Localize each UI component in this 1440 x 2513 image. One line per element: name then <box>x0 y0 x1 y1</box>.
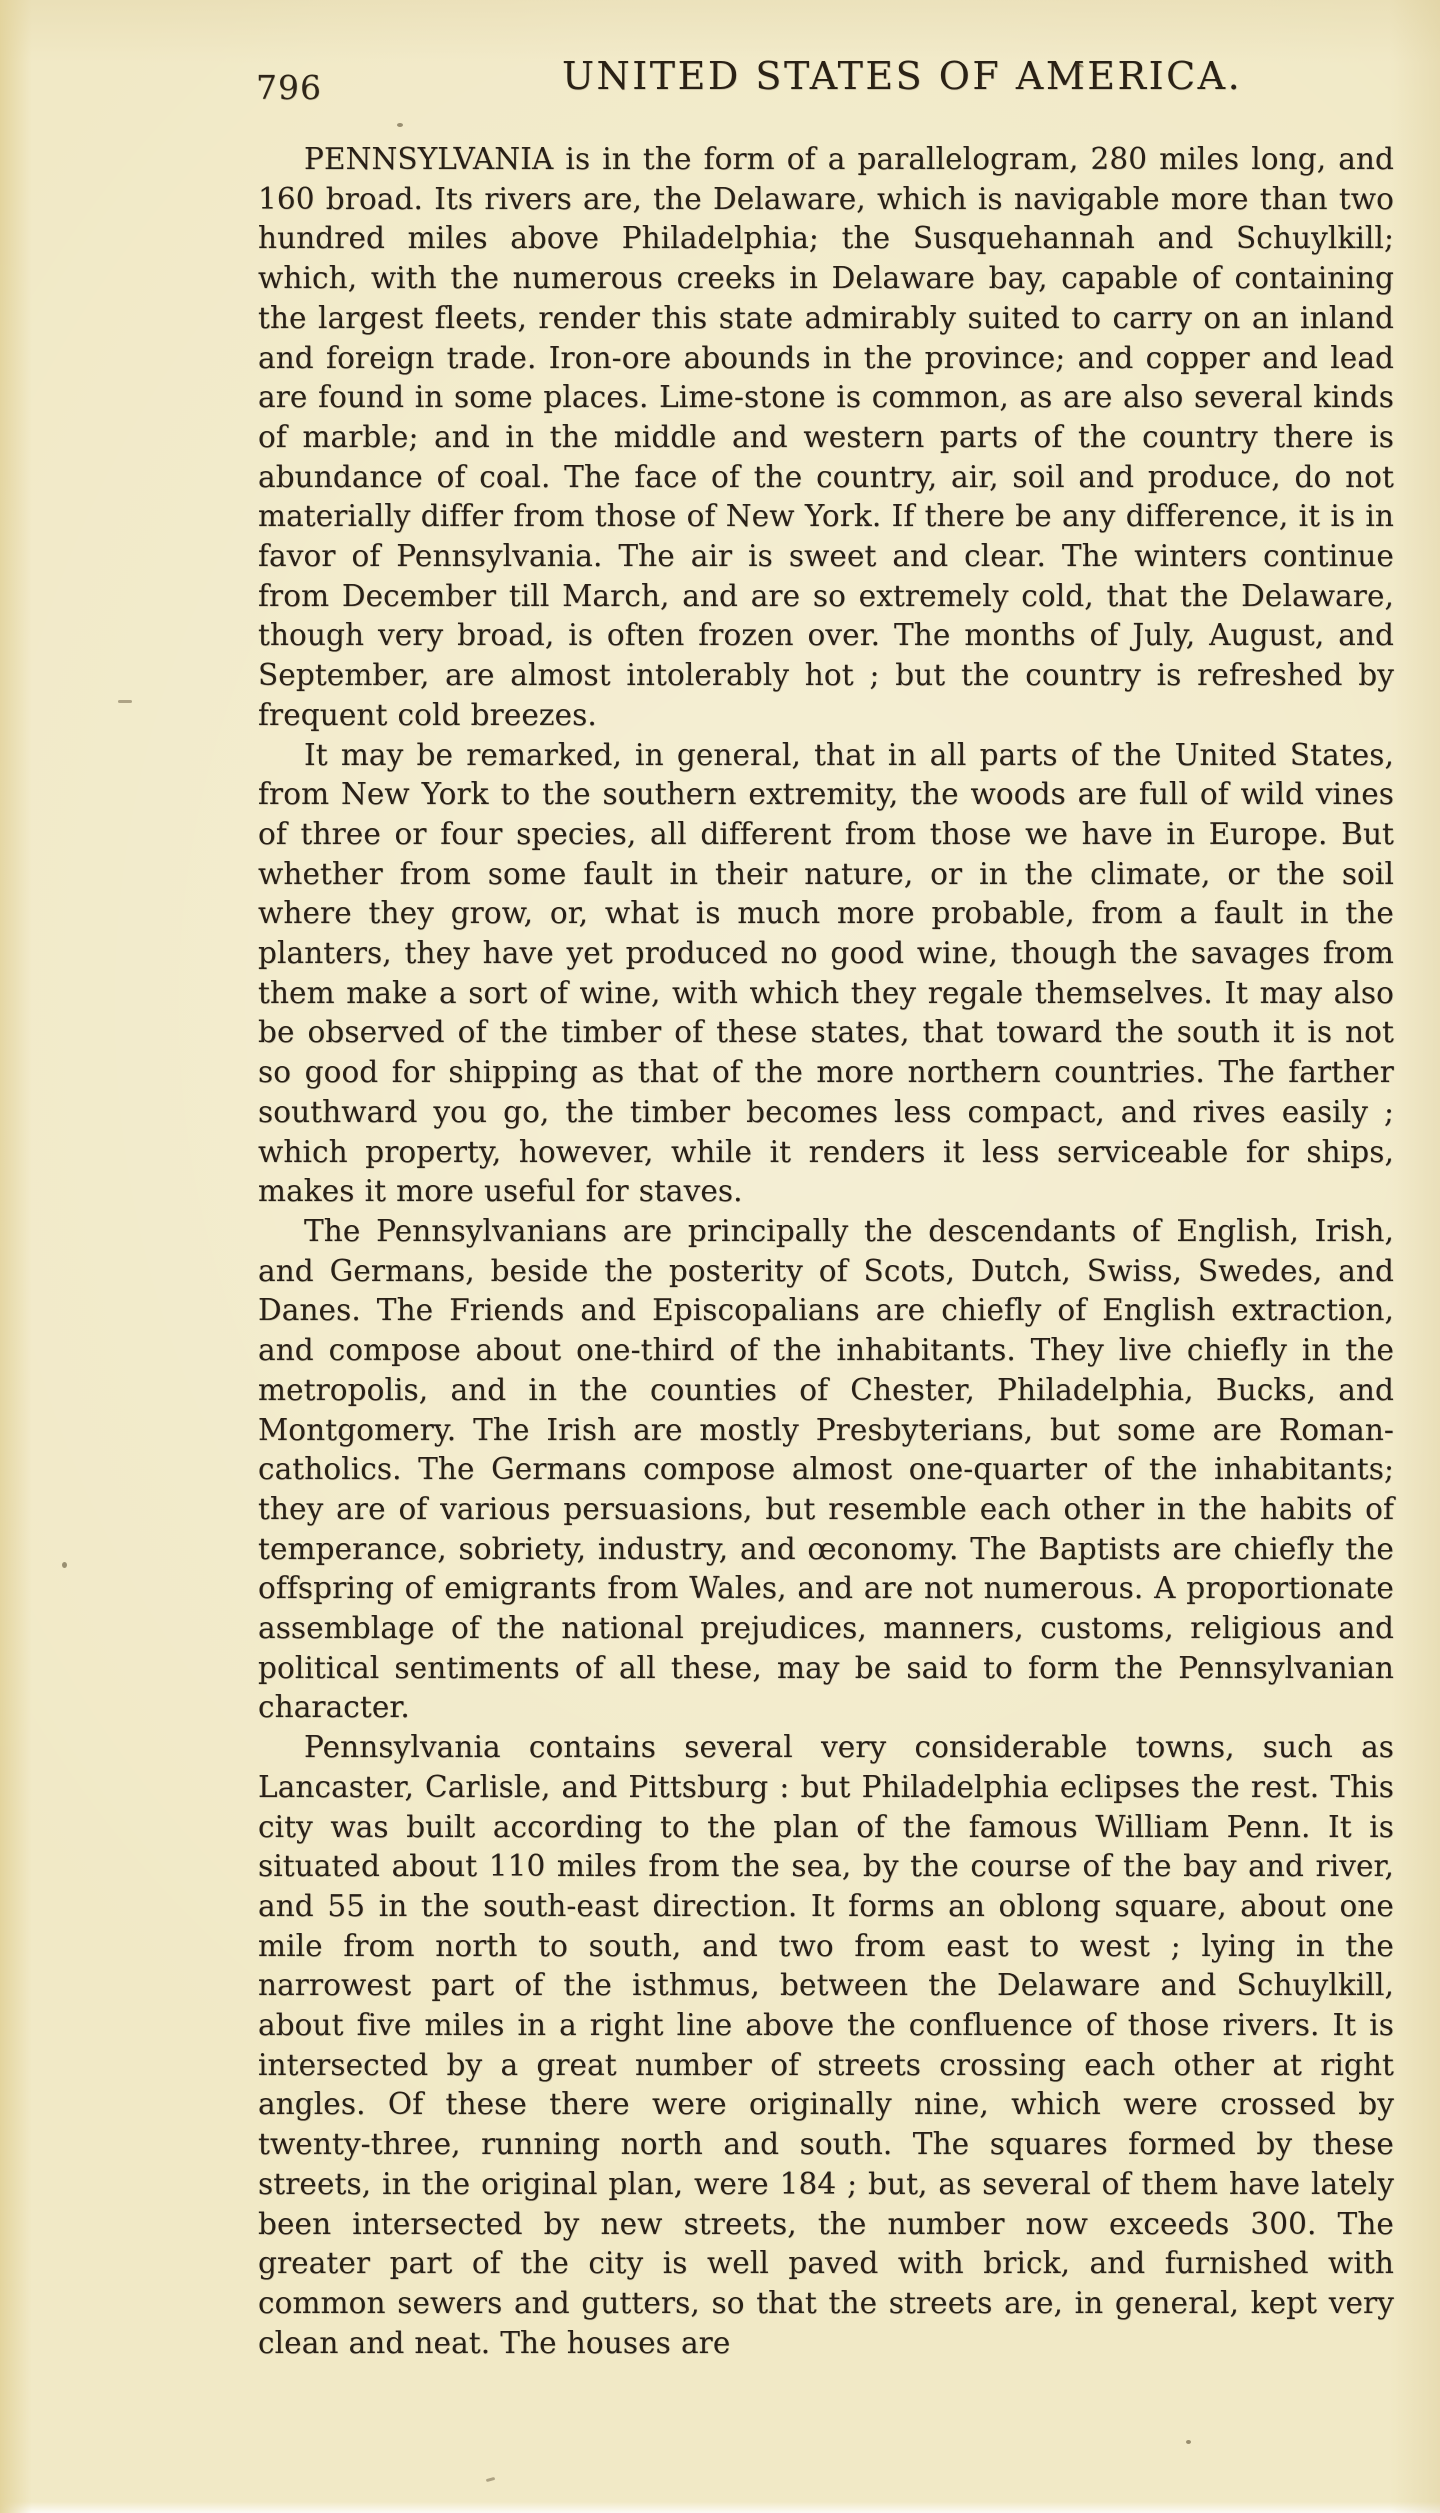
page-text: PENNSYLVANIA is in the form of a paralle… <box>258 140 1394 2363</box>
paragraph-pennsylvania-geography: PENNSYLVANIA is in the form of a paralle… <box>258 140 1394 736</box>
paragraph-pennsylvanian-people: The Pennsylvanians are principally the d… <box>258 1212 1394 1728</box>
paragraph-philadelphia-city: Pennsylvania contains several very consi… <box>258 1728 1394 2363</box>
book-page: 796 UNITED STATES OF AMERICA. PENNSYLVAN… <box>0 0 1440 2513</box>
running-header: UNITED STATES OF AMERICA. <box>562 54 1242 98</box>
paper-speck <box>1186 2440 1191 2444</box>
page-number: 796 <box>256 68 322 107</box>
paper-speck <box>118 700 132 703</box>
paragraph-wild-vines-timber: It may be remarked, in general, that in … <box>258 736 1394 1212</box>
paper-speck <box>62 1562 67 1568</box>
paper-speck <box>486 2477 495 2482</box>
paper-speck <box>397 123 403 127</box>
